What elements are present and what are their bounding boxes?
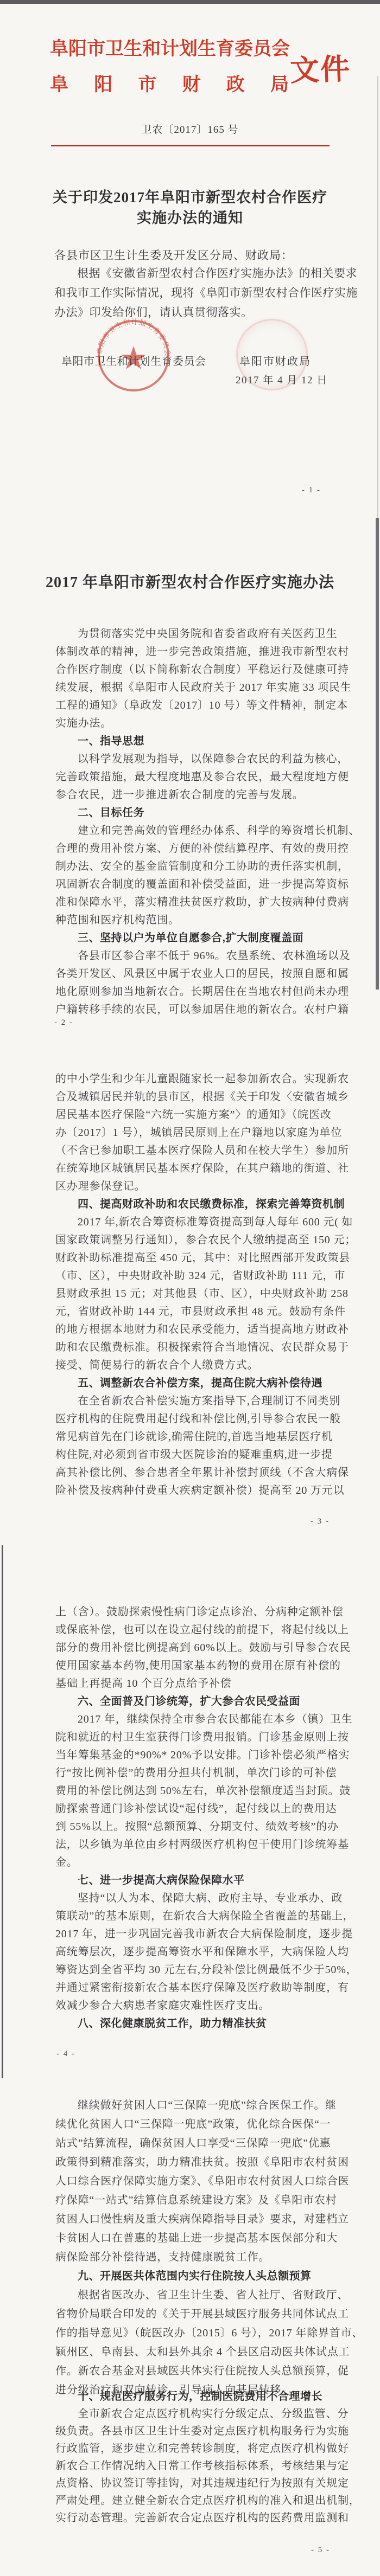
body-line: 医疗机构的住院费用起付线和补偿比例,引导参合农民一般 xyxy=(55,1410,331,1425)
body-line: 政策得到精准落实，助力精准扶贫。按照《阜阳市农村贫困 xyxy=(55,2153,331,2169)
body-line: 级负责。各县市区卫生计生委对定点医疗机构服务行为实施 xyxy=(55,2422,331,2438)
body-line: 筹资达到全省平均 30 元左右,分段补偿比例最低不少于50%， xyxy=(55,1961,331,1976)
body-line: 根据省医改办、省卫生计生委、省人社厅、省财政厅、 xyxy=(55,2286,353,2302)
body-line: 以科学发展观为指导，以保障参合农民的利益为核心， xyxy=(55,750,353,766)
body-line: 使用国家基本药物,使用国家基本药物的费用在原有补偿的 xyxy=(55,1656,331,1672)
body-line: 行“按比例补偿”的费用分担共付机制，单次门诊的可补偿 xyxy=(55,1764,331,1780)
scanned-official-document: 阜阳市卫生和计划生育委员会 阜阳市财政局 文件 卫农〔2017〕165 号 关于… xyxy=(0,0,380,2576)
body-line: 险补偿及按病种付费重大疾病定额补偿）提高至 20 万元以 xyxy=(55,1481,331,1497)
section-heading: 四、提高财政补助和农民缴费标准，探索完善筹资机制 xyxy=(55,1195,353,1211)
body-line: 疗保障“一站式”结算信息系统建设方案》及《阜阳市农村 xyxy=(55,2191,331,2207)
body-line: 策联动”的基本原则，在新农合大病保险全省覆盖的基础上， xyxy=(55,1907,331,1923)
body-line: 户籍转移手续的农民，可以参加居住地的新农合。农村户籍 xyxy=(55,1000,331,1016)
body-line: 2017 年，进一步巩固完善我市新农合大病保险制度，逐步提 xyxy=(55,1925,331,1941)
body-line: 元，省财政补助 144 元，市县财政承担 48 元。鼓励有条件 xyxy=(55,1302,331,1318)
scan-artifact-right-light-line xyxy=(377,76,378,518)
body-line: 合及城镇居民并轨的县市区，根据《关于印发〈安徽省城乡 xyxy=(55,1088,331,1103)
body-line: 坚持“以人为本、保障大病、政府主导、专业承办、政 xyxy=(55,1889,353,1905)
body-line: 省物价局联合印发的《关于开展县域医疗服务共同体试点工 xyxy=(55,2305,331,2321)
notice-title-line1: 关于印发2017年阜阳市新型农村合作医疗 xyxy=(0,185,380,207)
body-line: 新农合工作情况纳入日常工作考核指标体系，考核结果与定 xyxy=(55,2457,331,2472)
body-line: 效减少参合大病患者家庭灾难性医疗支出。 xyxy=(55,1996,331,2012)
letterhead-divider-line xyxy=(51,145,330,146)
section-heading: 一、指导思想 xyxy=(55,732,353,748)
body-line: 体制改革的精神，进一步完善政策措施，推进我市新型农村 xyxy=(55,643,331,658)
body-line: 常见病首先在门诊就诊,确需住院的,首选当地基层医疗机 xyxy=(55,1428,331,1443)
body-line: 严肃处理。建立健全新农合定点医疗机构的准入和退出机制， xyxy=(55,2491,331,2507)
signature-org-right: 阜阳市财政局 xyxy=(239,352,311,368)
signature-org-left: 阜阳市卫生和计划生育委员会 xyxy=(61,352,206,368)
body-line: 续优化贫困人口“三保障一兜底”政策，优化综合医保“一 xyxy=(55,2115,331,2131)
body-line: 当年筹集基金的*90%* 20%予以安排。门诊补偿必须严格实 xyxy=(55,1746,331,1762)
body-line: 助和农民缴费标准。积极探索符合当地情况、农民群众易于 xyxy=(55,1338,331,1354)
body-line: 上（含）。鼓励探索慢性病门诊定点诊治、分病种定额补偿 xyxy=(55,1603,331,1618)
body-line: 续发展，根据《阜阳市人民政府关于 2017 年实施 33 项民生 xyxy=(55,678,331,694)
body-line: 参合农民，进一步推进新农合制度的完善与发展。 xyxy=(55,786,331,801)
notice-body-line: 根据《安徽省新型农村合作医疗实施办法》的相关要求 xyxy=(54,265,354,281)
body-line: 励探索普通门诊补偿试设“起付线”，起付线以上的费用达 xyxy=(55,1800,331,1815)
body-line: 全市新农合定点医疗机构实行分级定点、分级监管、分 xyxy=(55,2405,353,2420)
scan-artifact-top-strip xyxy=(0,0,380,4)
page-number-3: - 3 - xyxy=(311,1517,330,1526)
body-line: 部分的费用补偿比例提高到 60%以上。鼓励与引导参合农民 xyxy=(55,1639,331,1654)
section-heading: 三、坚持以户为单位自愿参合,扩大制度覆盖面 xyxy=(55,929,353,945)
section-heading: 九、开展医共体范围内实行住院按人头总额预算 xyxy=(55,2267,353,2283)
document-type-label: 文件 xyxy=(289,46,352,89)
page-number-1: - 1 - xyxy=(302,486,321,495)
body-line: 准和保障水平，落实精准扶贫医疗救助，扩大按病种付费病 xyxy=(55,893,331,909)
page-number-5: - 5 - xyxy=(311,2546,330,2555)
body-line: 完善政策措施，最大程度地惠及参合农民，最大程度地方便 xyxy=(55,768,331,783)
body-line: 法，以乡镇为单位由乡村两级医疗机构包干使用门诊统筹基 xyxy=(55,1835,331,1851)
page-number-4: - 4 - xyxy=(56,2050,75,2059)
signature-date: 2017 年 4 月 12 日 xyxy=(236,372,328,387)
body-line: 2017 年,新农合筹资标准筹资提高到每人每年 600 元( 如 xyxy=(55,1213,353,1229)
notice-title-line2: 实施办法的通知 xyxy=(0,206,380,227)
body-line: 各县市区参合率不低于 96%。农垦系统、农林渔场以及 xyxy=(55,947,353,962)
body-line: 办〔2017〕1 号），城镇居民原则上在户籍地以家庭为单位 xyxy=(55,1123,331,1139)
body-line: 点资格、协议签订等挂钩，对其违规违纪行为按照有关规定 xyxy=(55,2474,331,2490)
section-heading: 六、全面普及门诊统筹，扩大参合农民受益面 xyxy=(55,1692,353,1708)
body-line: 在统筹地区城镇居民基本医疗保险，在其户籍地的街道、社 xyxy=(55,1159,331,1175)
issuing-org-primary: 阜阳市卫生和计划生育委员会 xyxy=(50,34,289,60)
body-line: 接受、简便易行的新农合个人缴费方式。 xyxy=(55,1356,331,1372)
body-line: 行政监管，逐步建立和完善转诊制度，将定点医疗机构做好 xyxy=(55,2439,331,2455)
body-line: 2017 年，继续保持全市参合农民都能在本乡（镇）卫生 xyxy=(55,1710,353,1726)
body-line: 巩固新农合制度的覆盖面和补偿受益面，进一步提高筹资标 xyxy=(55,875,331,891)
body-line: 合作医疗制度（以下简称新农合制度）平稳运行及健康可持 xyxy=(55,660,331,676)
body-line: 居民基本医疗保险“六统一实施方案”〉的通知》（皖医改 xyxy=(55,1106,331,1121)
notice-body-line: 和我市工作实际情况，现将《阜阳市新型农村合作医疗实施 xyxy=(54,284,331,300)
body-line: 或保底补偿，也可以在设立起付线的前提下，将起付线以上 xyxy=(55,1621,331,1636)
body-line: 县财政承担 15 元；对其他县（市、区），中央财政补助 258 xyxy=(55,1284,331,1300)
body-line: 构住院,对必须到省市级大医院诊治的疑难重病,进一步提 xyxy=(55,1446,331,1461)
body-line: 并通过紧密衔接新农合基本医疗保障及医疗救助等制度，有 xyxy=(55,1978,331,1994)
body-line: 国家政策调整另行通知），参合农民个人缴纳提高至 150 元； xyxy=(55,1231,331,1247)
recipients-line: 各县市区卫生计生委及开发区分局、财政局： xyxy=(54,247,293,263)
measures-title: 2017 年阜阳市新型农村合作医疗实施办法 xyxy=(0,570,380,592)
body-line: 病保险部分补偿待遇，支持健康脱贫工作。 xyxy=(55,2248,331,2264)
body-line: 费用的补偿比例达到 50%左右，单次补偿额度适当封顶。鼓 xyxy=(55,1782,331,1797)
section-heading: 八、深化健康脱贫工作，助力精准扶贫 xyxy=(55,2014,353,2030)
body-line: 院和就近的村卫生室获得门诊费用报销。门诊基金原则上按 xyxy=(55,1728,331,1744)
section-heading: 五、调整新农合补偿方案，提高住院大病补偿待遇 xyxy=(55,1374,353,1390)
body-line: 各类开发区、风景区中属于农业人口的居民，按照自愿和属 xyxy=(55,965,331,980)
body-line: 到 55%以上。按照“总额预算、分期支付、绩效考核”的办 xyxy=(55,1817,331,1833)
issuing-org-secondary: 阜阳市财政局 xyxy=(50,69,289,96)
body-line: 卡贫困人口在普惠的基础上进一步提高基本医保部分和大 xyxy=(55,2229,331,2245)
body-line: 合理的费用补偿方案、方便的补偿结算程序、有效的费用控 xyxy=(55,839,331,855)
body-line: 金。 xyxy=(55,1853,331,1869)
body-line: 实行动态管理。完善新农合定点医疗机构的医药费用监测和 xyxy=(55,2509,331,2524)
body-line: 作。新农合基金对县域医共体实行住院按人头总额预算，促 xyxy=(55,2362,331,2378)
page-number-2: - 2 - xyxy=(54,1018,73,1027)
body-line: （市、区），中央财政补助 324 元，省财政补助 111 元，市 xyxy=(55,1267,331,1282)
body-line: 高统筹层次，逐步提高筹资水平和保障水平，大病保险人均 xyxy=(55,1943,331,1958)
body-line: 工程的通知》（阜政发〔2017〕10 号）等文件精神，制定本 xyxy=(55,696,331,712)
body-line: 作的指导意见》（皖医改办〔2015〕6 号），2017 年除界首市、 xyxy=(55,2324,331,2340)
section-heading: 七、进一步提高大病保险保障水平 xyxy=(55,1871,353,1887)
body-line: 的中小学生和少年儿童跟随家长一起参加新农合。实现新农 xyxy=(55,1070,331,1085)
body-line: 地化原则参加当地新农合。长期居住在当地农村但尚未办理 xyxy=(55,982,331,998)
body-line: 继续做好贫困人口“三保障一兜底”综合医保工作。继 xyxy=(55,2096,353,2112)
body-line: 颍州区、阜南县、太和县外其余 4 个县区启动医共体试点工 xyxy=(55,2343,331,2359)
body-line: 站式”结算流程，确保贫困人口享受“三保障一兜底”优惠 xyxy=(55,2134,331,2150)
body-line: 财政补助标准提高至 450 元，其中：对比照西部开发政策县 xyxy=(55,1249,331,1264)
section-heading: 十、规范医疗服务行为，控制医院费用不合理增长 xyxy=(55,2387,353,2403)
body-line: 高其补偿比例、参合患者全年累计补偿封顶线（不含大病保 xyxy=(55,1463,331,1479)
body-line: （不含已参加职工基本医疗保险人员和在校大学生）参加所 xyxy=(55,1141,331,1157)
body-line: 区办理参保登记。 xyxy=(55,1177,331,1193)
body-line: 人口综合医疗保障实施方案》、《阜阳市农村贫困人口综合医 xyxy=(55,2172,331,2188)
section-heading: 二、目标任务 xyxy=(55,804,353,819)
body-line: 基础上再提高 10 个百分点给予补偿 xyxy=(55,1674,331,1690)
scan-artifact-left-line xyxy=(2,1545,3,2078)
body-line: 种范围和医疗机构范围。 xyxy=(55,911,331,927)
body-line: 制办法、安全的基金监管制度和分工协助的责任落实机制， xyxy=(55,857,331,873)
body-line: 实施办法。 xyxy=(55,714,331,730)
body-line: 建立和完善高效的管理经办体系、科学的筹资增长机制、 xyxy=(55,821,353,837)
document-number: 卫农〔2017〕165 号 xyxy=(0,121,380,136)
body-line: 在全省新农合补偿实施方案指导下,合理制订不同类别 xyxy=(55,1392,353,1408)
body-line: 为贯彻落实党中央国务院和省委省政府有关医药卫生 xyxy=(55,625,353,640)
body-line: 贫困人口慢性病及重大疾病保障指导目录》要求，对建档立 xyxy=(55,2210,331,2226)
body-line: 的地方根据本地财力和农民承受能力，适当提高地方财政补 xyxy=(55,1320,331,1336)
